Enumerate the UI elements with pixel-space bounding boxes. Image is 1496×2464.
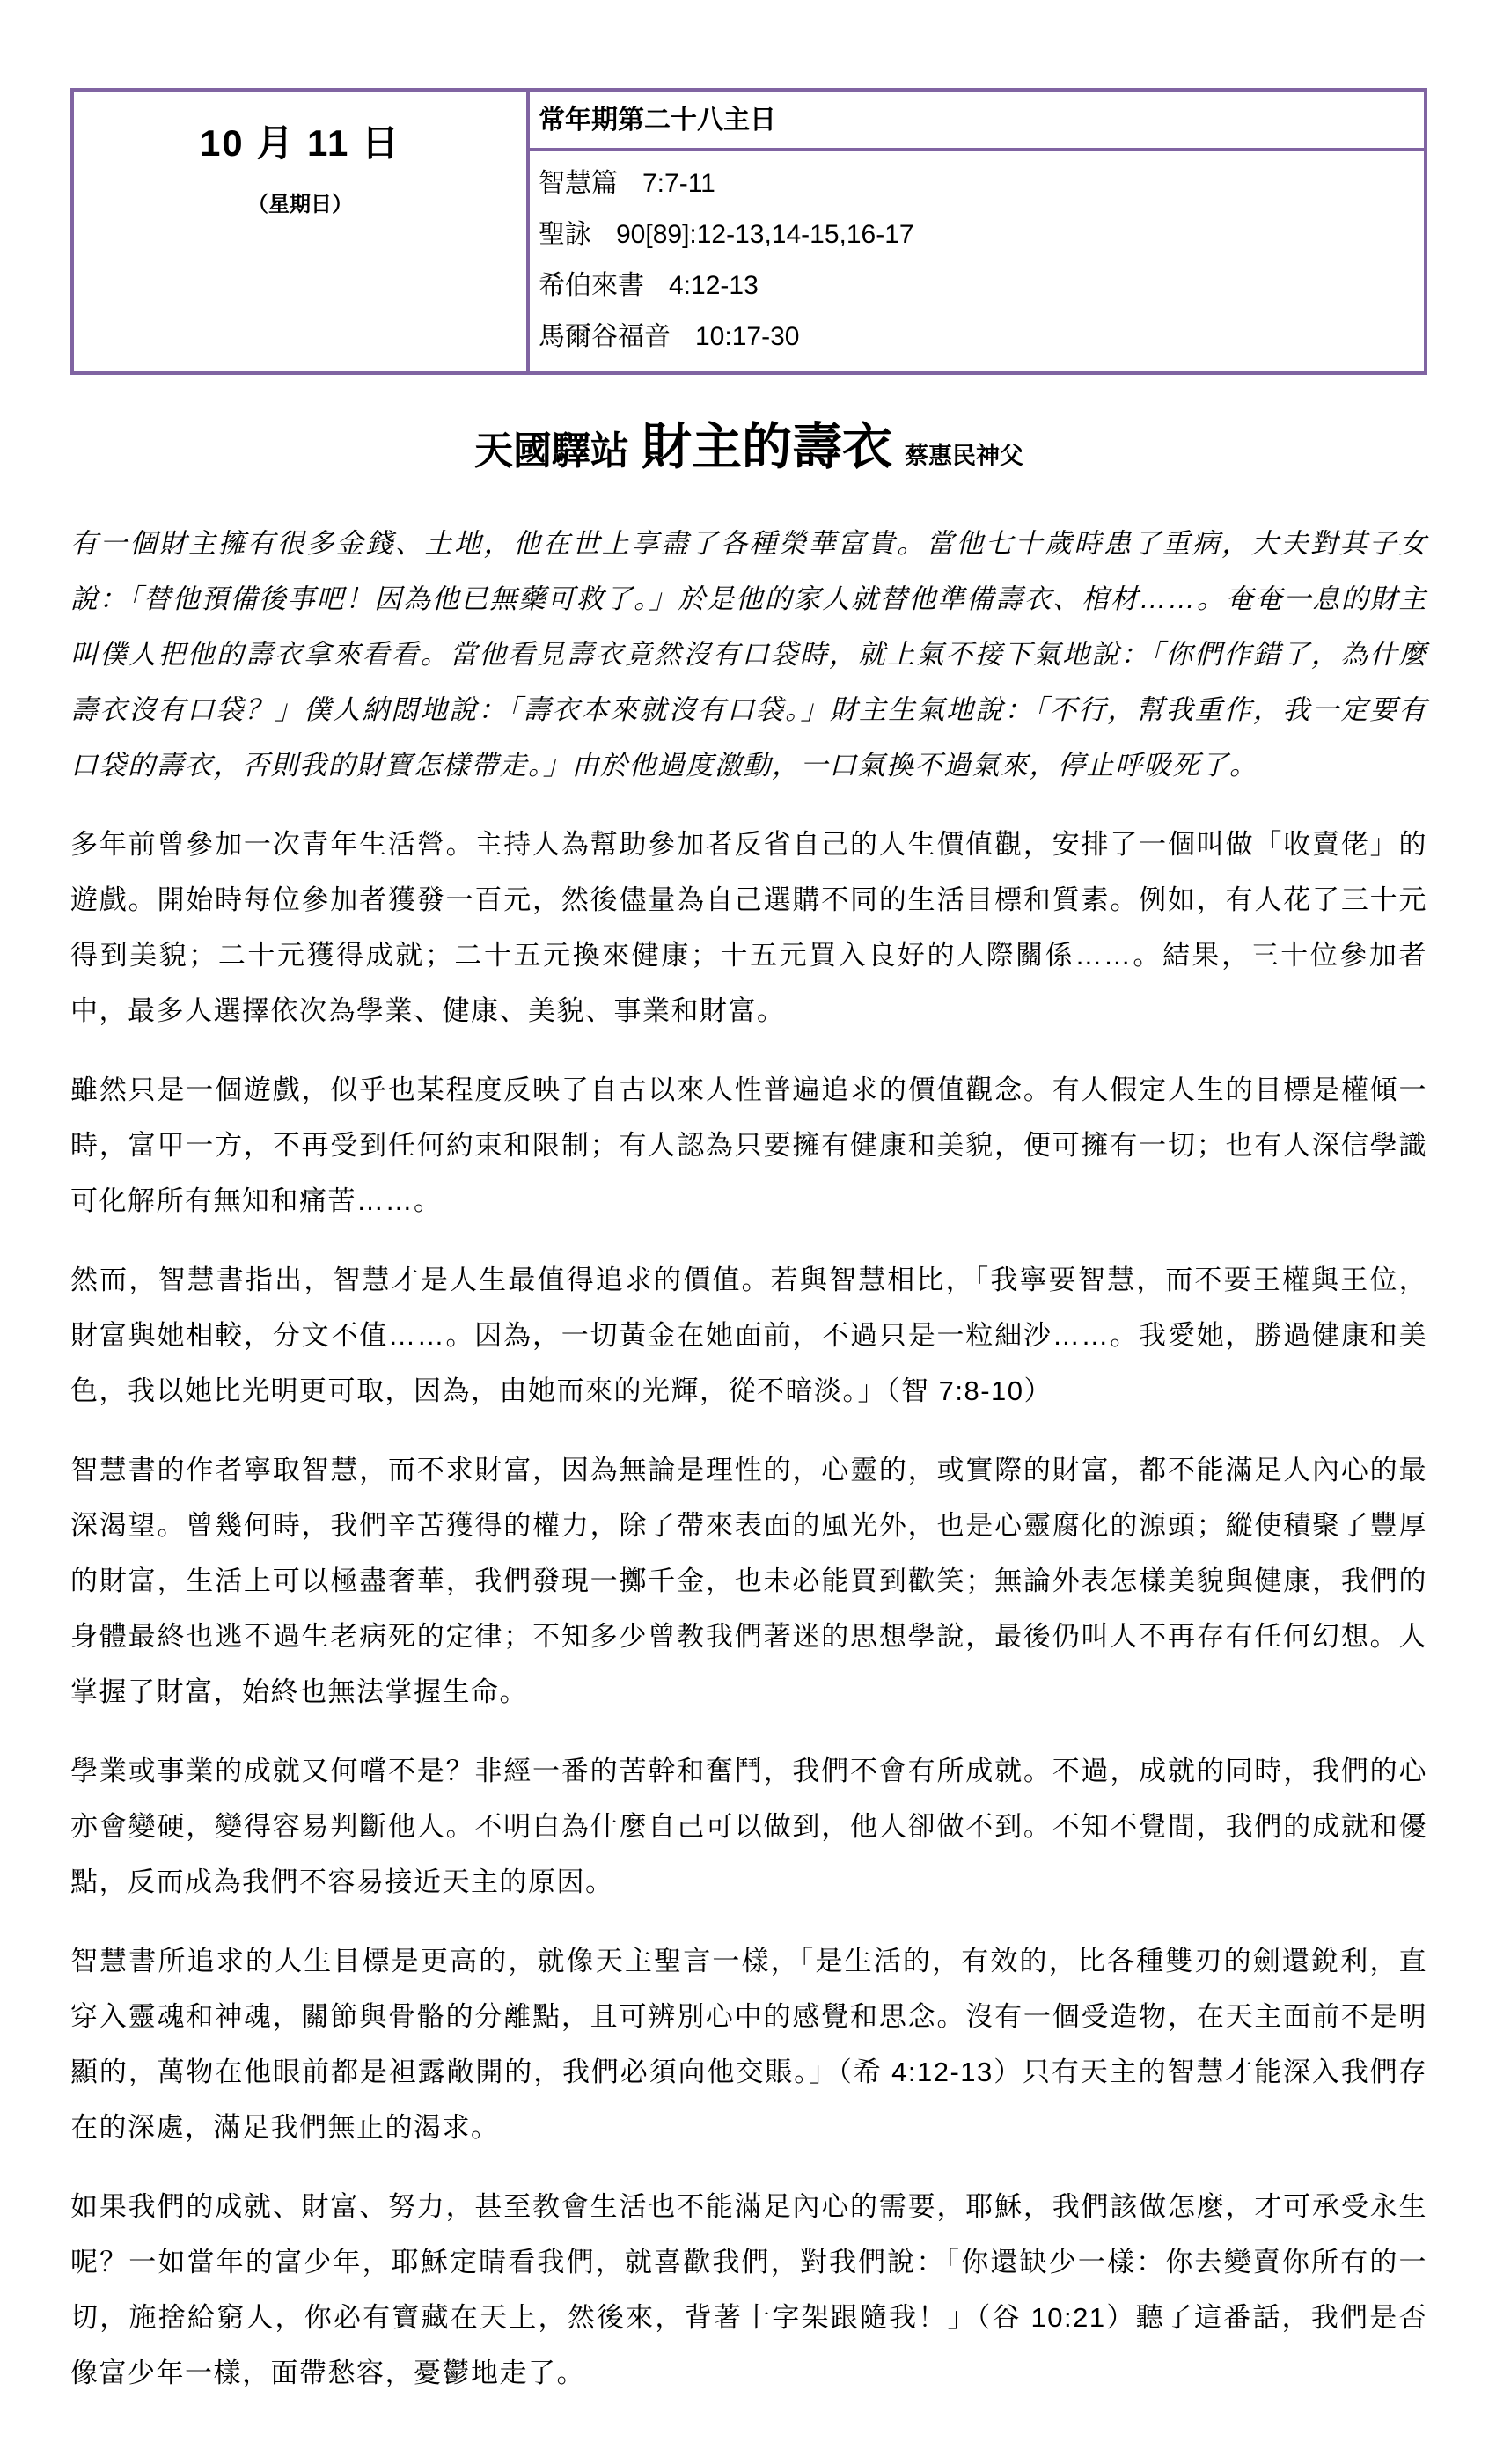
title-main: 財主的壽衣 — [642, 419, 892, 475]
title-series: 天國驛站 — [474, 429, 629, 473]
reading-ref: 7:7-11 — [642, 158, 715, 209]
reading-book: 馬爾谷福音 — [539, 312, 671, 363]
readings-cell: 常年期第二十八主日 智慧篇 7:7-11 聖詠 90[89]:12-13,14-… — [530, 92, 1424, 371]
weekday-text: （星期日） — [247, 187, 353, 217]
paragraph-wealth-limits: 智慧書的作者寧取智慧，而不求財富，因為無論是理性的，心靈的，或實際的財富，都不能… — [70, 1442, 1427, 1720]
readings-list: 智慧篇 7:7-11 聖詠 90[89]:12-13,14-15,16-17 希… — [530, 151, 1424, 371]
paragraph-wisdom-quote: 然而，智慧書指出，智慧才是人生最值得追求的價值。若與智慧相比，「我寧要智慧，而不… — [70, 1252, 1427, 1419]
paragraph-achievement: 學業或事業的成就又何嚐不是？非經一番的苦幹和奮鬥，我們不會有所成就。不過，成就的… — [70, 1743, 1427, 1910]
reading-row: 馬爾谷福音 10:17-30 — [539, 312, 1415, 363]
reading-ref: 90[89]:12-13,14-15,16-17 — [616, 209, 914, 260]
reading-book: 希伯來書 — [539, 260, 644, 312]
header-table: 10 月 11 日 （星期日） 常年期第二十八主日 智慧篇 7:7-11 聖詠 … — [70, 88, 1427, 375]
feast-title: 常年期第二十八主日 — [530, 92, 1424, 151]
reading-ref: 10:17-30 — [695, 312, 799, 363]
document-page: 10 月 11 日 （星期日） 常年期第二十八主日 智慧篇 7:7-11 聖詠 … — [0, 0, 1496, 2464]
date-cell: 10 月 11 日 （星期日） — [74, 92, 530, 371]
date-text: 10 月 11 日 — [200, 114, 400, 167]
paragraph-conclusion: 如果我們的成就、財富、努力，甚至教會生活也不能滿足內心的需要，耶穌，我們該做怎麼… — [70, 2179, 1427, 2401]
title-author: 蔡惠民神父 — [905, 443, 1023, 469]
reading-row: 智慧篇 7:7-11 — [539, 158, 1415, 209]
paragraph-game-reflection: 雖然只是一個遊戲，似乎也某程度反映了自古以來人性普遍追求的價值觀念。有人假定人生… — [70, 1062, 1427, 1228]
reading-book: 智慧篇 — [539, 158, 618, 209]
paragraph-story: 有一個財主擁有很多金錢、土地，他在世上享盡了各種榮華富貴。當他七十歲時患了重病，… — [70, 516, 1427, 793]
article-title: 天國驛站財主的壽衣蔡惠民神父 — [70, 407, 1427, 479]
reading-book: 聖詠 — [539, 209, 591, 260]
paragraph-camp-game: 多年前曾參加一次青年生活營。主持人為幫助參加者反省自己的人生價值觀，安排了一個叫… — [70, 817, 1427, 1038]
reading-row: 聖詠 90[89]:12-13,14-15,16-17 — [539, 209, 1415, 260]
reading-row: 希伯來書 4:12-13 — [539, 260, 1415, 312]
paragraph-word-of-god: 智慧書所追求的人生目標是更高的，就像天主聖言一樣，「是生活的，有效的，比各種雙刃… — [70, 1933, 1427, 2155]
reading-ref: 4:12-13 — [669, 260, 759, 312]
